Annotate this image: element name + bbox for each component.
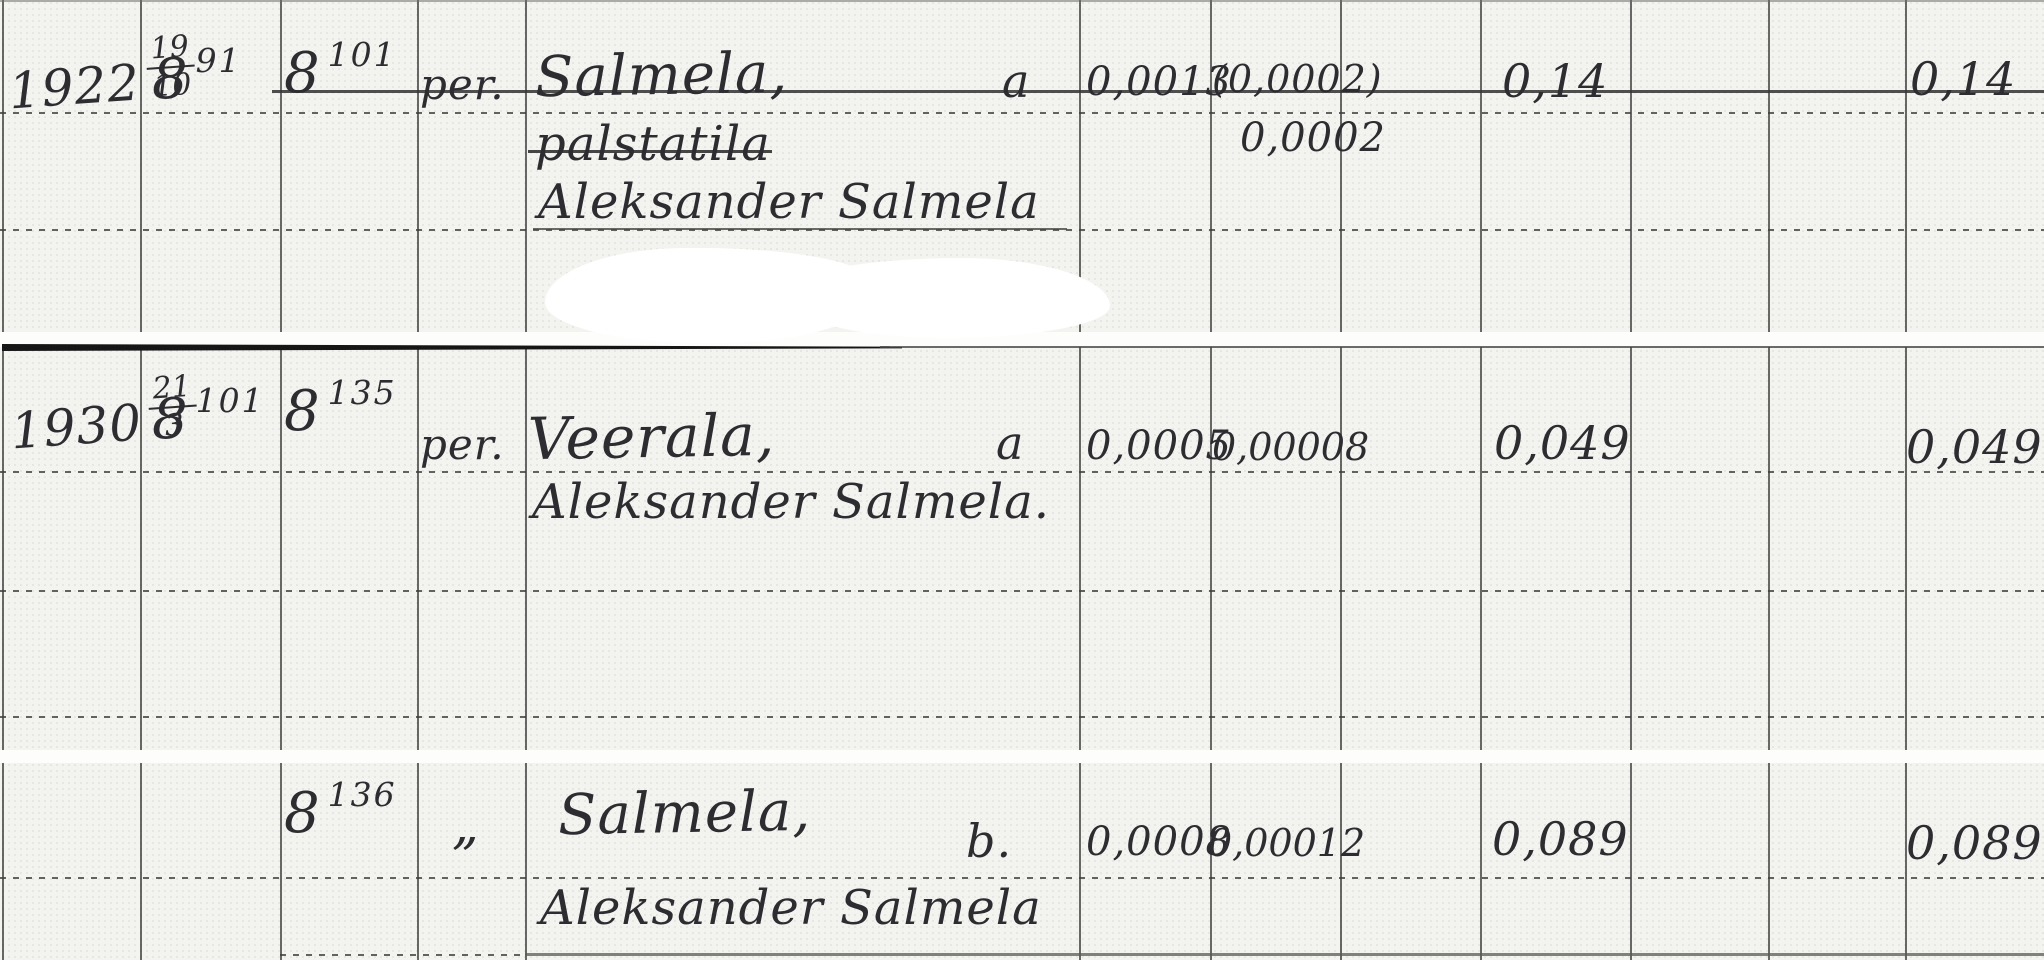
register-number-new: 8101 [284, 46, 397, 102]
entry-year: 1922 [7, 57, 141, 116]
grid-line-horizontal [525, 953, 2044, 956]
grid-line-vertical [1630, 347, 1632, 750]
grid-line-horizontal [0, 877, 2044, 879]
property-name: Veerala, [528, 406, 776, 468]
property-name: Salmela, [535, 46, 789, 106]
grid-line-horizontal [0, 112, 2044, 114]
share-letter: a [996, 420, 1024, 466]
grid-line-vertical [525, 763, 527, 960]
grid-line-horizontal [0, 716, 2044, 718]
grid-line-vertical [1079, 347, 1081, 750]
value-amount2-struck: (0,0002) [1212, 60, 1383, 98]
grid-line-vertical [1905, 0, 1907, 333]
scan-gap [0, 750, 2044, 763]
grid-line-vertical [1630, 763, 1632, 960]
register-number-base: 8 [152, 387, 188, 452]
grid-line-vertical [1210, 0, 1212, 333]
grid-line-vertical [1480, 0, 1482, 333]
register-number-new: 8135 [284, 384, 397, 440]
ledger-page: 1922 19 10 891 8101 per. Salmela, a 0,00… [0, 0, 2044, 960]
value-amount4: 0,049 [1906, 424, 2043, 470]
value-amount4: 0,089 [1906, 820, 2043, 866]
value-amount1: 0,0013 [1086, 62, 1232, 102]
value-amount4: 0,14 [1910, 56, 2016, 102]
grid-line-vertical [1340, 347, 1342, 750]
value-amount3: 0,089 [1492, 816, 1629, 862]
register-number-old: 8101 [152, 392, 265, 448]
grid-line-vertical [280, 763, 282, 960]
grid-line-vertical [1079, 763, 1081, 960]
register-number-sup: 135 [328, 373, 397, 412]
grid-line-vertical [2, 763, 4, 960]
grid-line-vertical [2, 0, 4, 333]
register-number-sup: 136 [328, 775, 397, 814]
owner-name: Aleksander Salmela. [532, 478, 1050, 526]
value-amount2: 0,00008 [1212, 428, 1369, 466]
share-letter: a [1002, 58, 1030, 104]
register-number-sup: 91 [196, 41, 242, 80]
grid-line-vertical [280, 0, 282, 333]
grid-line-vertical [1480, 347, 1482, 750]
value-amount2: 0,00012 [1208, 824, 1365, 862]
value-amount2: 0,0002 [1240, 118, 1386, 158]
register-number-base: 8 [152, 47, 188, 112]
register-number-new: 8136 [284, 786, 397, 842]
property-name: Salmela, [558, 784, 812, 844]
register-number-base: 8 [284, 379, 320, 444]
grid-line-vertical [1340, 0, 1342, 333]
register-number-base: 8 [284, 781, 320, 846]
section-border [880, 346, 2044, 348]
transaction-type: per. [420, 64, 505, 106]
register-number-old: 891 [152, 52, 242, 108]
grid-line-vertical [1905, 347, 1907, 750]
value-amount3: 0,14 [1502, 58, 1608, 104]
grid-line-vertical [1630, 0, 1632, 333]
owner-name: Aleksander Salmela [540, 884, 1042, 932]
struck-word: palstatila [535, 120, 771, 168]
grid-line-vertical [280, 347, 282, 750]
grid-line-vertical [417, 0, 419, 333]
grid-line-vertical [1768, 0, 1770, 333]
grid-line-vertical [140, 763, 142, 960]
grid-line-vertical [417, 347, 419, 750]
share-letter: b. [966, 818, 1012, 864]
grid-line-vertical [525, 0, 527, 333]
grid-line-vertical [2, 347, 4, 750]
transaction-type: per. [420, 424, 505, 466]
grid-line-horizontal [0, 590, 2044, 592]
grid-line-vertical [1210, 347, 1212, 750]
entry-year: 1930 [9, 397, 143, 456]
ditto-mark: „ [452, 800, 480, 852]
value-amount3: 0,049 [1494, 420, 1631, 466]
value-amount1: 0,0005 [1086, 426, 1232, 466]
owner-name: Aleksander Salmela [538, 178, 1040, 226]
grid-line-vertical [1768, 763, 1770, 960]
grid-line-vertical [1768, 347, 1770, 750]
grid-line-horizontal [280, 954, 526, 956]
register-number-sup: 101 [196, 381, 265, 420]
register-number-base: 8 [284, 41, 320, 106]
register-number-sup: 101 [328, 35, 397, 74]
grid-line-horizontal [0, 471, 2044, 473]
grid-line-horizontal [0, 0, 2044, 2]
grid-line-vertical [417, 763, 419, 960]
grid-line-vertical [1480, 763, 1482, 960]
